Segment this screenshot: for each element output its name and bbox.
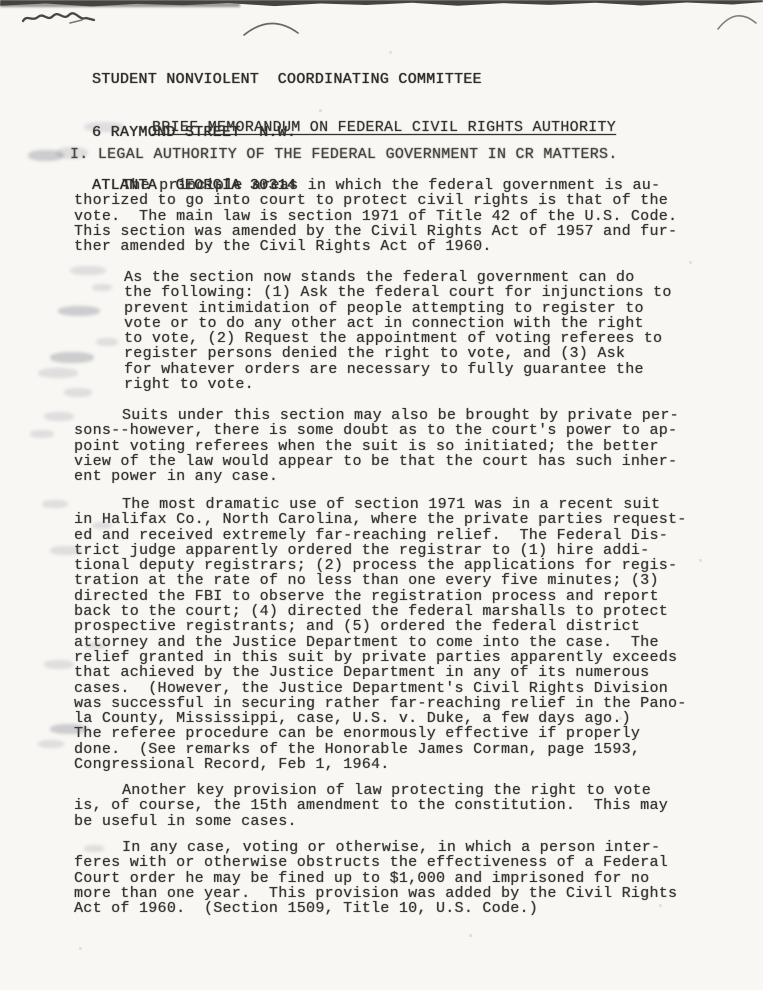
ink-smudge <box>64 388 92 397</box>
ink-smudge <box>38 740 64 748</box>
memo-paragraph-2-block-quote: As the section now stands the federal go… <box>124 270 689 392</box>
ink-smudge <box>28 150 64 161</box>
ink-smudge <box>58 306 100 316</box>
memo-paragraph-6: In any case, voting or otherwise, in whi… <box>74 840 708 916</box>
ink-smudge <box>96 338 118 346</box>
pen-arc <box>240 18 302 38</box>
scanned-memo-page: STUDENT NONVIOLENT COORDINATING COMMITTE… <box>0 0 763 990</box>
ink-smudge <box>30 430 54 438</box>
memo-paragraph-5: Another key provision of law protecting … <box>74 783 704 829</box>
pen-arc <box>716 10 760 32</box>
pen-scribble <box>20 8 102 28</box>
ink-smudge <box>44 660 74 669</box>
paper-specks <box>0 0 1 1</box>
ink-smudge <box>50 546 82 555</box>
memo-paragraph-1: The principle areas in which the federal… <box>74 178 704 254</box>
ink-smudge <box>92 522 112 529</box>
ink-smudge <box>92 284 112 291</box>
ink-smudge <box>84 845 104 852</box>
ink-smudge <box>50 724 88 734</box>
ink-smudge <box>38 368 78 378</box>
section-heading: I. LEGAL AUTHORITY OF THE FEDERAL GOVERN… <box>70 147 618 162</box>
memo-title: BRIEF MEMORANDUM ON FEDERAL CIVIL RIGHTS… <box>152 120 616 135</box>
ink-smudge <box>84 642 106 649</box>
ink-smudge <box>50 352 94 363</box>
memo-paragraph-4: The most dramatic use of section 1971 wa… <box>74 497 708 772</box>
organization-name: STUDENT NONVIOLENT COORDINATING COMMITTE… <box>92 71 482 89</box>
ink-smudge <box>44 412 74 421</box>
memo-paragraph-3: Suits under this section may also be bro… <box>74 408 704 484</box>
ink-smudge <box>70 266 106 275</box>
ink-smudge <box>42 500 68 508</box>
ink-smudge <box>84 122 124 132</box>
scan-edge-artifact <box>0 3 240 7</box>
